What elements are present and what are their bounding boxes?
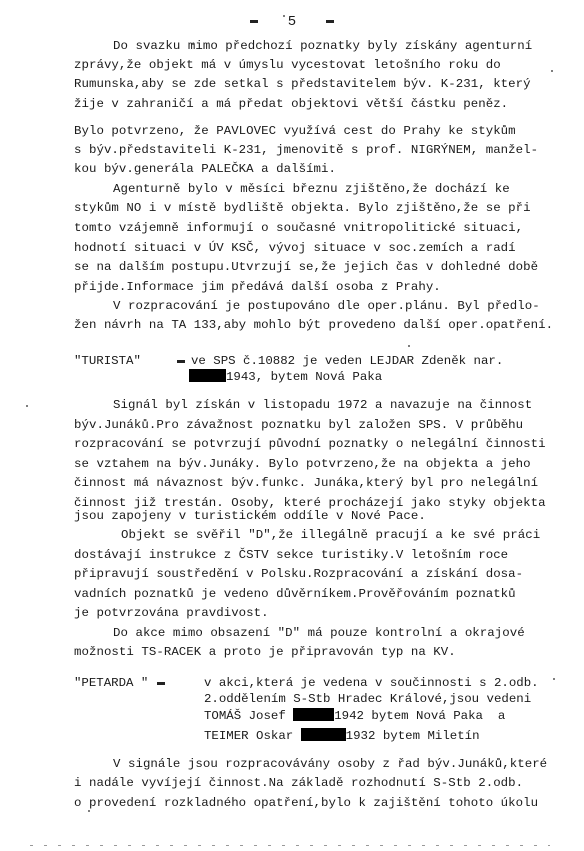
text-line: kou býv.generála PALEČKA a dalšími. xyxy=(74,161,336,177)
text-line: vadních poznatků je vedeno důvěrníkem.Pr… xyxy=(74,586,516,602)
scan-speck xyxy=(283,15,285,17)
text-line: Do svazku mimo předchozí poznatky byly z… xyxy=(113,38,532,54)
case-text-line: v akci,která je vedena v součinnosti s 2… xyxy=(204,675,539,691)
text-line: V rozpracování je postupováno dle oper.p… xyxy=(113,298,540,314)
scan-speck xyxy=(408,345,410,347)
page-number: 5 xyxy=(0,14,584,30)
page-number-dash-right xyxy=(326,20,334,23)
text-line: Bylo potvrzeno, že PAVLOVEC využívá cest… xyxy=(74,123,516,139)
text-line: dostávají instrukce z ČSTV sekce turisti… xyxy=(74,547,508,563)
page-number-dash-left xyxy=(250,20,258,23)
text-line: býv.Junáků.Pro závažnost poznatku byl za… xyxy=(74,417,523,433)
text-line: s býv.představiteli K-231, jmenovitě s p… xyxy=(74,142,538,158)
text-line: tomto vzájemně informují o současné vnit… xyxy=(74,220,523,236)
scan-speck xyxy=(551,70,553,72)
text-line: činnost má návaznost býv.funkc. Junáka,k… xyxy=(74,475,538,491)
case-dash xyxy=(157,682,165,685)
scan-speck xyxy=(553,678,555,680)
text-line: jsou zapojeny v turistickém oddíle v Nov… xyxy=(74,508,426,524)
case-text-line: 2.oddělením S-Stb Hradec Králové,jsou ve… xyxy=(204,691,531,707)
text-line: stykům NO i v místě bydliště objekta. By… xyxy=(74,200,531,216)
person-line: TOMÁŠ Josef 1942 bytem Nová Paka a xyxy=(204,708,505,724)
scan-speck xyxy=(192,43,194,45)
text-line: hodnotí situaci v ÚV KSČ, vývoj situace … xyxy=(74,240,516,256)
text-line: přijde.Informace jim předává další osoba… xyxy=(74,279,441,295)
text-line: Signál byl získán v listopadu 1972 a nav… xyxy=(113,397,532,413)
person-line: TEIMER Oskar 1932 bytem Miletín xyxy=(204,728,480,744)
text-line: Objekt se svěřil "D",že illegálně pracuj… xyxy=(121,527,540,543)
document-page: 5 Do svazku mimo předchozí poznatky byly… xyxy=(0,0,584,851)
text-line: je potvrzována pravdivost. xyxy=(74,605,269,621)
text-line: se na dalším postupu.Utvrzují se,že jeji… xyxy=(74,259,538,275)
text-line: rozpracování se potvrzují původní poznat… xyxy=(74,436,546,452)
case-label-turista: "TURISTA" xyxy=(74,353,141,369)
case-text-line: 1943, bytem Nová Paka xyxy=(189,369,382,385)
case-label-petarda: "PETARDA " xyxy=(74,675,148,691)
text-line: Rumunska,aby se zde setkal s představite… xyxy=(74,76,531,92)
text-line: Agenturně bylo v měsíci březnu zjištěno,… xyxy=(113,181,510,197)
redaction-bar xyxy=(301,728,346,741)
redaction-bar xyxy=(293,708,334,721)
text-line: možnosti TS-RACEK a proto je připravován… xyxy=(74,644,456,660)
scan-speck xyxy=(26,405,28,407)
text-line: žije v zahraničí a má předat objektovi v… xyxy=(74,96,508,112)
text-line: o provedení rozkladného opatření,bylo k … xyxy=(74,795,538,811)
text-line: žen návrh na TA 133,aby mohlo být proved… xyxy=(74,317,553,333)
text-line: zprávy,že objekt má v úmyslu vycestovat … xyxy=(74,57,501,73)
text-line: V signále jsou rozpracovávány osoby z řa… xyxy=(113,756,547,772)
text-line: se vztahem na býv.Junáky. Bylo potvrzeno… xyxy=(74,456,531,472)
redaction-bar xyxy=(189,369,226,382)
text-line: i nadále vyvíjejí činnost.Na základě roz… xyxy=(74,775,523,791)
scan-speck xyxy=(88,810,90,812)
text-line: připravují soustředění v Polsku.Rozpraco… xyxy=(74,566,523,582)
case-text-line: ve SPS č.10882 je veden LEJDAR Zdeněk na… xyxy=(191,353,503,369)
scan-edge-noise xyxy=(30,845,550,846)
text-line: Do akce mimo obsazení "D" má pouze kontr… xyxy=(113,625,525,641)
case-dash xyxy=(177,360,185,363)
